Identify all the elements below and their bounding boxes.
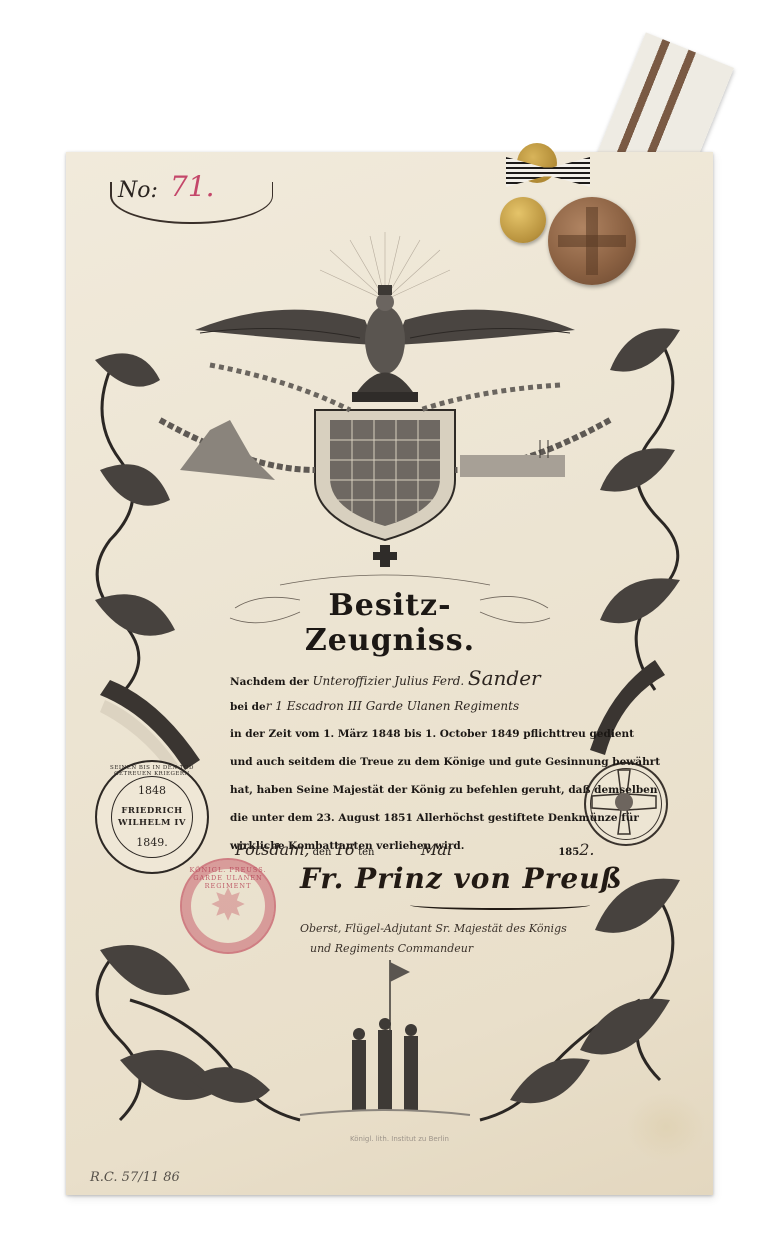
- friedrich-wilhelm-medallion: SEINEN BIS IN DEN TOD GETREUEN KRIEGERN …: [95, 760, 209, 874]
- printer-note: Königl. lith. Institut zu Berlin: [350, 1135, 449, 1143]
- cross-medal-engraving: [584, 762, 668, 846]
- handwritten-unit: r 1 Escadron III Garde Ulanen Regiments: [266, 699, 519, 713]
- medallion-name-line1: FRIEDRICH: [97, 806, 207, 816]
- body-line-2: bei der 1 Escadron III Garde Ulanen Regi…: [230, 692, 565, 720]
- archive-mark: R.C. 57/11 86: [90, 1170, 180, 1185]
- date-den: den: [313, 847, 332, 858]
- bronze-commemorative-medal: [548, 197, 636, 285]
- handwritten-rank: Unteroffizier Julius Ferd.: [312, 674, 464, 688]
- gold-miniature-medal: [500, 197, 546, 243]
- body-line-4: und auch seitdem die Treue zu dem Könige…: [230, 748, 565, 776]
- date-line: Potsdam, den 16 ten Mai 1852.: [235, 840, 575, 859]
- document-title: Besitz-Zeugniss.: [250, 588, 530, 658]
- body-line-2-prefix: bei de: [230, 701, 266, 713]
- handwritten-name: Sander: [468, 666, 541, 690]
- date-day: 16: [335, 840, 355, 859]
- date-year-printed: 185: [558, 847, 579, 858]
- medallion-ring-text: SEINEN BIS IN DEN TOD GETREUEN KRIEGERN: [97, 765, 207, 777]
- regiment-stamp: KÖNIGL. PREUSS. GARDE ULANEN REGIMENT ✸: [180, 858, 276, 954]
- body-line-6: die unter dem 23. August 1851 Allerhöchs…: [230, 804, 565, 832]
- guard-star-icon: ✸: [204, 882, 252, 930]
- signature-underline: [410, 900, 590, 910]
- rank-line-2: und Regiments Commandeur: [310, 942, 630, 955]
- date-place: Potsdam,: [235, 840, 309, 859]
- body-line-1: Nachdem der Unteroffizier Julius Ferd. S…: [230, 664, 565, 692]
- certificate-body: Nachdem der Unteroffizier Julius Ferd. S…: [230, 664, 565, 860]
- date-ten: ten: [358, 847, 374, 858]
- date-year-hand: 2.: [579, 840, 594, 859]
- body-line-3: in der Zeit vom 1. März 1848 bis 1. Octo…: [230, 720, 565, 748]
- rank-line-1: Oberst, Flügel-Adjutant Sr. Majestät des…: [300, 922, 620, 935]
- medallion-year-bottom: 1849.: [97, 836, 207, 849]
- body-line-1-prefix: Nachdem der: [230, 676, 309, 688]
- body-line-5: hat, haben Seine Majestät der König zu b…: [230, 776, 565, 804]
- medallion-name-line2: WILHELM IV: [97, 818, 207, 828]
- number-label: No:: [118, 178, 158, 203]
- number-value: 71.: [170, 170, 215, 203]
- date-month: Mai: [421, 840, 452, 859]
- medallion-year-top: 1848: [97, 784, 207, 797]
- iron-cross-icon: [584, 762, 664, 842]
- signature: Fr. Prinz von Preuß: [300, 862, 623, 895]
